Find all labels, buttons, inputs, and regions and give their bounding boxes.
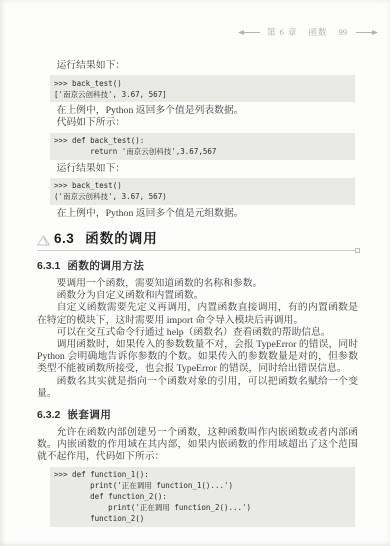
section-heading-rule [37,250,358,251]
code-block-tuple-result: >>> back_test() ('南京云创科技', 3.67, 567) [50,178,355,205]
paragraph-type-error: 调用函数时，如果传入的参数数量不对，会报 TypeError 的错误，同时 Py… [37,339,358,376]
section-title-6-3: 函数的调用 [85,231,158,247]
code-block-nested-functions: >>> def function_1(): print('正在调用 functi… [50,467,355,527]
header-arrow-left-icon [238,29,260,36]
paragraph-func-name-ref: 函数名其实就是指向一个函数对象的引用，可以把函数名赋给一个变量。 [37,376,358,400]
subsection-title-6-3-2: 嵌套调用 [67,409,111,422]
paragraph-call-basics: 要调用一个函数，需要知道函数的名称和参数。 [37,278,358,290]
paragraph-tuple-note: 在上例中，Python 返回多个值是元组数据。 [37,208,358,220]
content-column: 运行结果如下： >>> back_test() ['南京云创科技', 3.67,… [37,60,358,530]
header-section-title: 函数 [308,27,327,37]
mountain-triangle-icon [37,235,50,246]
section-number-6-3: 6.3 [54,231,74,247]
book-page: 第 6 章 函数 99 运行结果如下： >>> back_test() ['南京… [0,0,390,546]
header-page-number: 99 [339,27,348,37]
subsection-heading-6-3-2: 6.3.2 嵌套调用 [37,409,358,422]
header-chapter: 第 6 章 [267,27,298,37]
rule-end-marker [355,248,360,253]
paragraph-run-result-a: 运行结果如下： [37,60,358,72]
paragraph-code-follows: 代码如下所示： [37,117,358,129]
subsection-heading-6-3-1: 6.3.1 函数的调用方法 [37,260,358,273]
running-head: 第 6 章 函数 99 [238,27,390,37]
subsection-number-6-3-2: 6.3.2 [37,409,60,422]
subsection-number-6-3-1: 6.3.1 [37,260,60,273]
header-arrow-right-icon [356,29,378,36]
code-block-def-back-test: >>> def back_test(): return '南京云创科技',3.6… [50,133,355,160]
paragraph-list-note: 在上例中，Python 返回多个值是列表数据。 [37,105,358,117]
paragraph-nested-intro: 允许在函数内部创建另一个函数，这种函数叫作内嵌函数或者内部函数。内嵌函数的作用域… [37,427,358,464]
paragraph-run-result-b: 运行结果如下： [37,163,358,175]
paragraph-func-kinds: 函数分为自定义函数和内置函数。 [37,290,358,302]
subsection-title-6-3-1: 函数的调用方法 [67,260,144,273]
section-heading-6-3: 6.3 函数的调用 [37,231,358,247]
paragraph-help-usage: 可以在交互式命令行通过 help（函数名）查看函数的帮助信息。 [37,327,358,339]
paragraph-custom-vs-builtin: 自定义函数需要先定义再调用，内置函数直接调用，有的内置函数是在特定的模块下，这时… [37,302,358,326]
code-block-list-result: >>> back_test() ['南京云创科技', 3.67, 567] [50,75,355,102]
